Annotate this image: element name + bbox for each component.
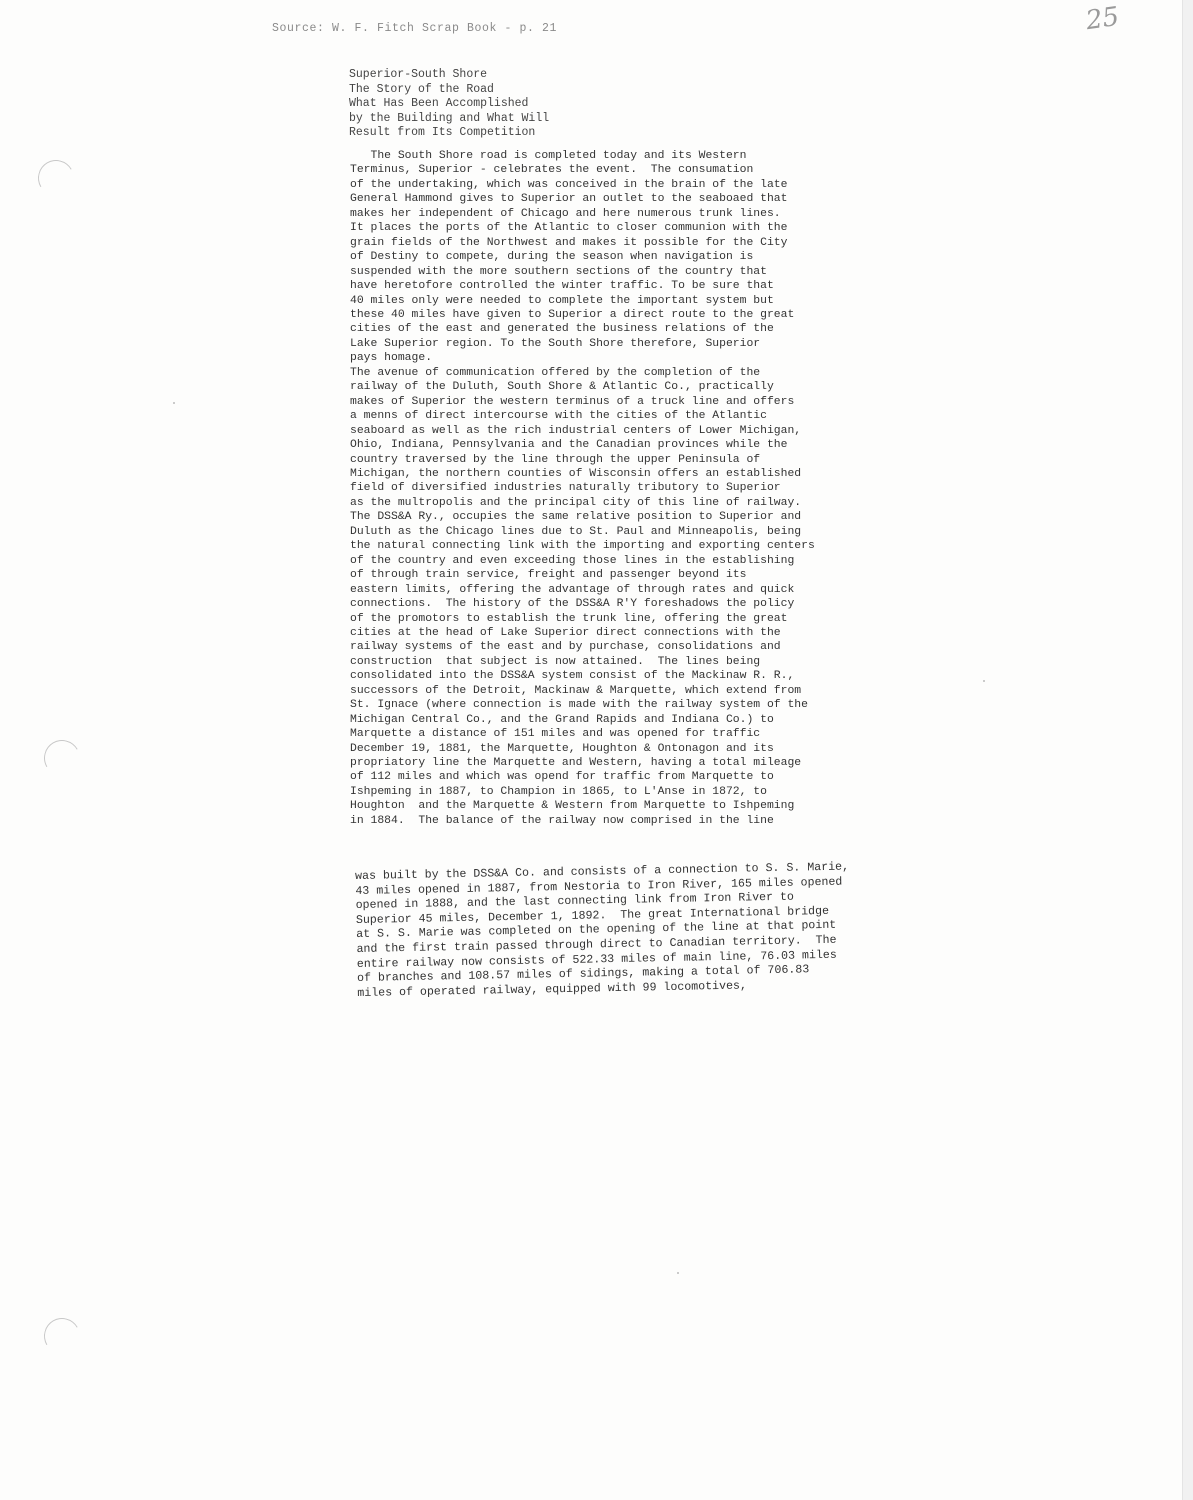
scan-speck [173,402,175,404]
body-line: a menns of direct intercourse with the c… [350,409,815,423]
body-line: cities of the east and generated the bus… [350,322,815,336]
body-line: grain fields of the Northwest and makes … [350,236,815,250]
headline-line: Superior-South Shore [349,68,549,83]
headline-line: The Story of the Road [349,83,549,98]
body-line: railway of the Duluth, South Shore & Atl… [350,380,815,394]
handwritten-page-number: 25 [1084,2,1121,36]
body-line: of the promotors to establish the trunk … [350,612,815,626]
page-edge [1182,0,1193,1500]
punch-hole-top [34,156,78,200]
body-line: have heretofore controlled the winter tr… [350,279,815,293]
body-line: 40 miles only were needed to complete th… [350,294,815,308]
body-line: Lake Superior region. To the South Shore… [350,337,815,351]
body-line: December 19, 1881, the Marquette, Hought… [350,742,815,756]
body-line: of through train service, freight and pa… [350,568,815,582]
body-line: these 40 miles have given to Superior a … [350,308,815,322]
body-line: The avenue of communication offered by t… [350,366,815,380]
body-line: Ishpeming in 1887, to Champion in 1865, … [350,785,815,799]
body-line: construction that subject is now attaine… [350,655,815,669]
body-line: the natural connecting link with the imp… [350,539,815,553]
body-line: as the multropolis and the principal cit… [350,496,815,510]
body-line: railway systems of the east and by purch… [350,640,815,654]
body-line: of Destiny to compete, during the season… [350,250,815,264]
body-line: successors of the Detroit, Mackinaw & Ma… [350,684,815,698]
body-line: General Hammond gives to Superior an out… [350,192,815,206]
body-line: It places the ports of the Atlantic to c… [350,221,815,235]
body-line: suspended with the more southern section… [350,265,815,279]
article-headline: Superior-South ShoreThe Story of the Roa… [349,68,549,141]
body-line: St. Ignace (where connection is made wit… [350,698,815,712]
punch-hole-middle [40,736,84,780]
body-line: The South Shore road is completed today … [350,149,815,163]
headline-line: Result from Its Competition [349,126,549,141]
body-line: connections. The history of the DSS&A R'… [350,597,815,611]
article-continuation: was built by the DSS&A Co. and consists … [355,861,851,1002]
body-line: seaboard as well as the rich industrial … [350,424,815,438]
headline-line: What Has Been Accomplished [349,97,549,112]
body-line: in 1884. The balance of the railway now … [350,814,815,828]
body-line: Michigan Central Co., and the Grand Rapi… [350,713,815,727]
body-line: makes of Superior the western terminus o… [350,395,815,409]
body-line: pays homage. [350,351,815,365]
body-line: Terminus, Superior - celebrates the even… [350,163,815,177]
body-line: of the country and even exceeding those … [350,554,815,568]
body-line: field of diversified industries naturall… [350,481,815,495]
scan-speck [983,680,985,682]
body-line: Michigan, the northern counties of Wisco… [350,467,815,481]
body-line: of 112 miles and which was opend for tra… [350,770,815,784]
body-line: of the undertaking, which was conceived … [350,178,815,192]
body-line: makes her independent of Chicago and her… [350,207,815,221]
body-line: Marquette a distance of 151 miles and wa… [350,727,815,741]
headline-line: by the Building and What Will [349,112,549,127]
scanned-page: Source: W. F. Fitch Scrap Book - p. 21 2… [0,0,1193,1500]
body-line: Houghton and the Marquette & Western fro… [350,799,815,813]
punch-hole-bottom [40,1314,84,1358]
body-line: Ohio, Indiana, Pennsylvania and the Cana… [350,438,815,452]
source-line: Source: W. F. Fitch Scrap Book - p. 21 [272,22,557,35]
body-line: Duluth as the Chicago lines due to St. P… [350,525,815,539]
body-line: country traversed by the line through th… [350,453,815,467]
body-line: consolidated into the DSS&A system consi… [350,669,815,683]
body-line: cities at the head of Lake Superior dire… [350,626,815,640]
body-line: eastern limits, offering the advantage o… [350,583,815,597]
scan-speck [677,1272,679,1274]
body-line: propriatory line the Marquette and Weste… [350,756,815,770]
body-line: The DSS&A Ry., occupies the same relativ… [350,510,815,524]
article-body: The South Shore road is completed today … [350,149,815,828]
